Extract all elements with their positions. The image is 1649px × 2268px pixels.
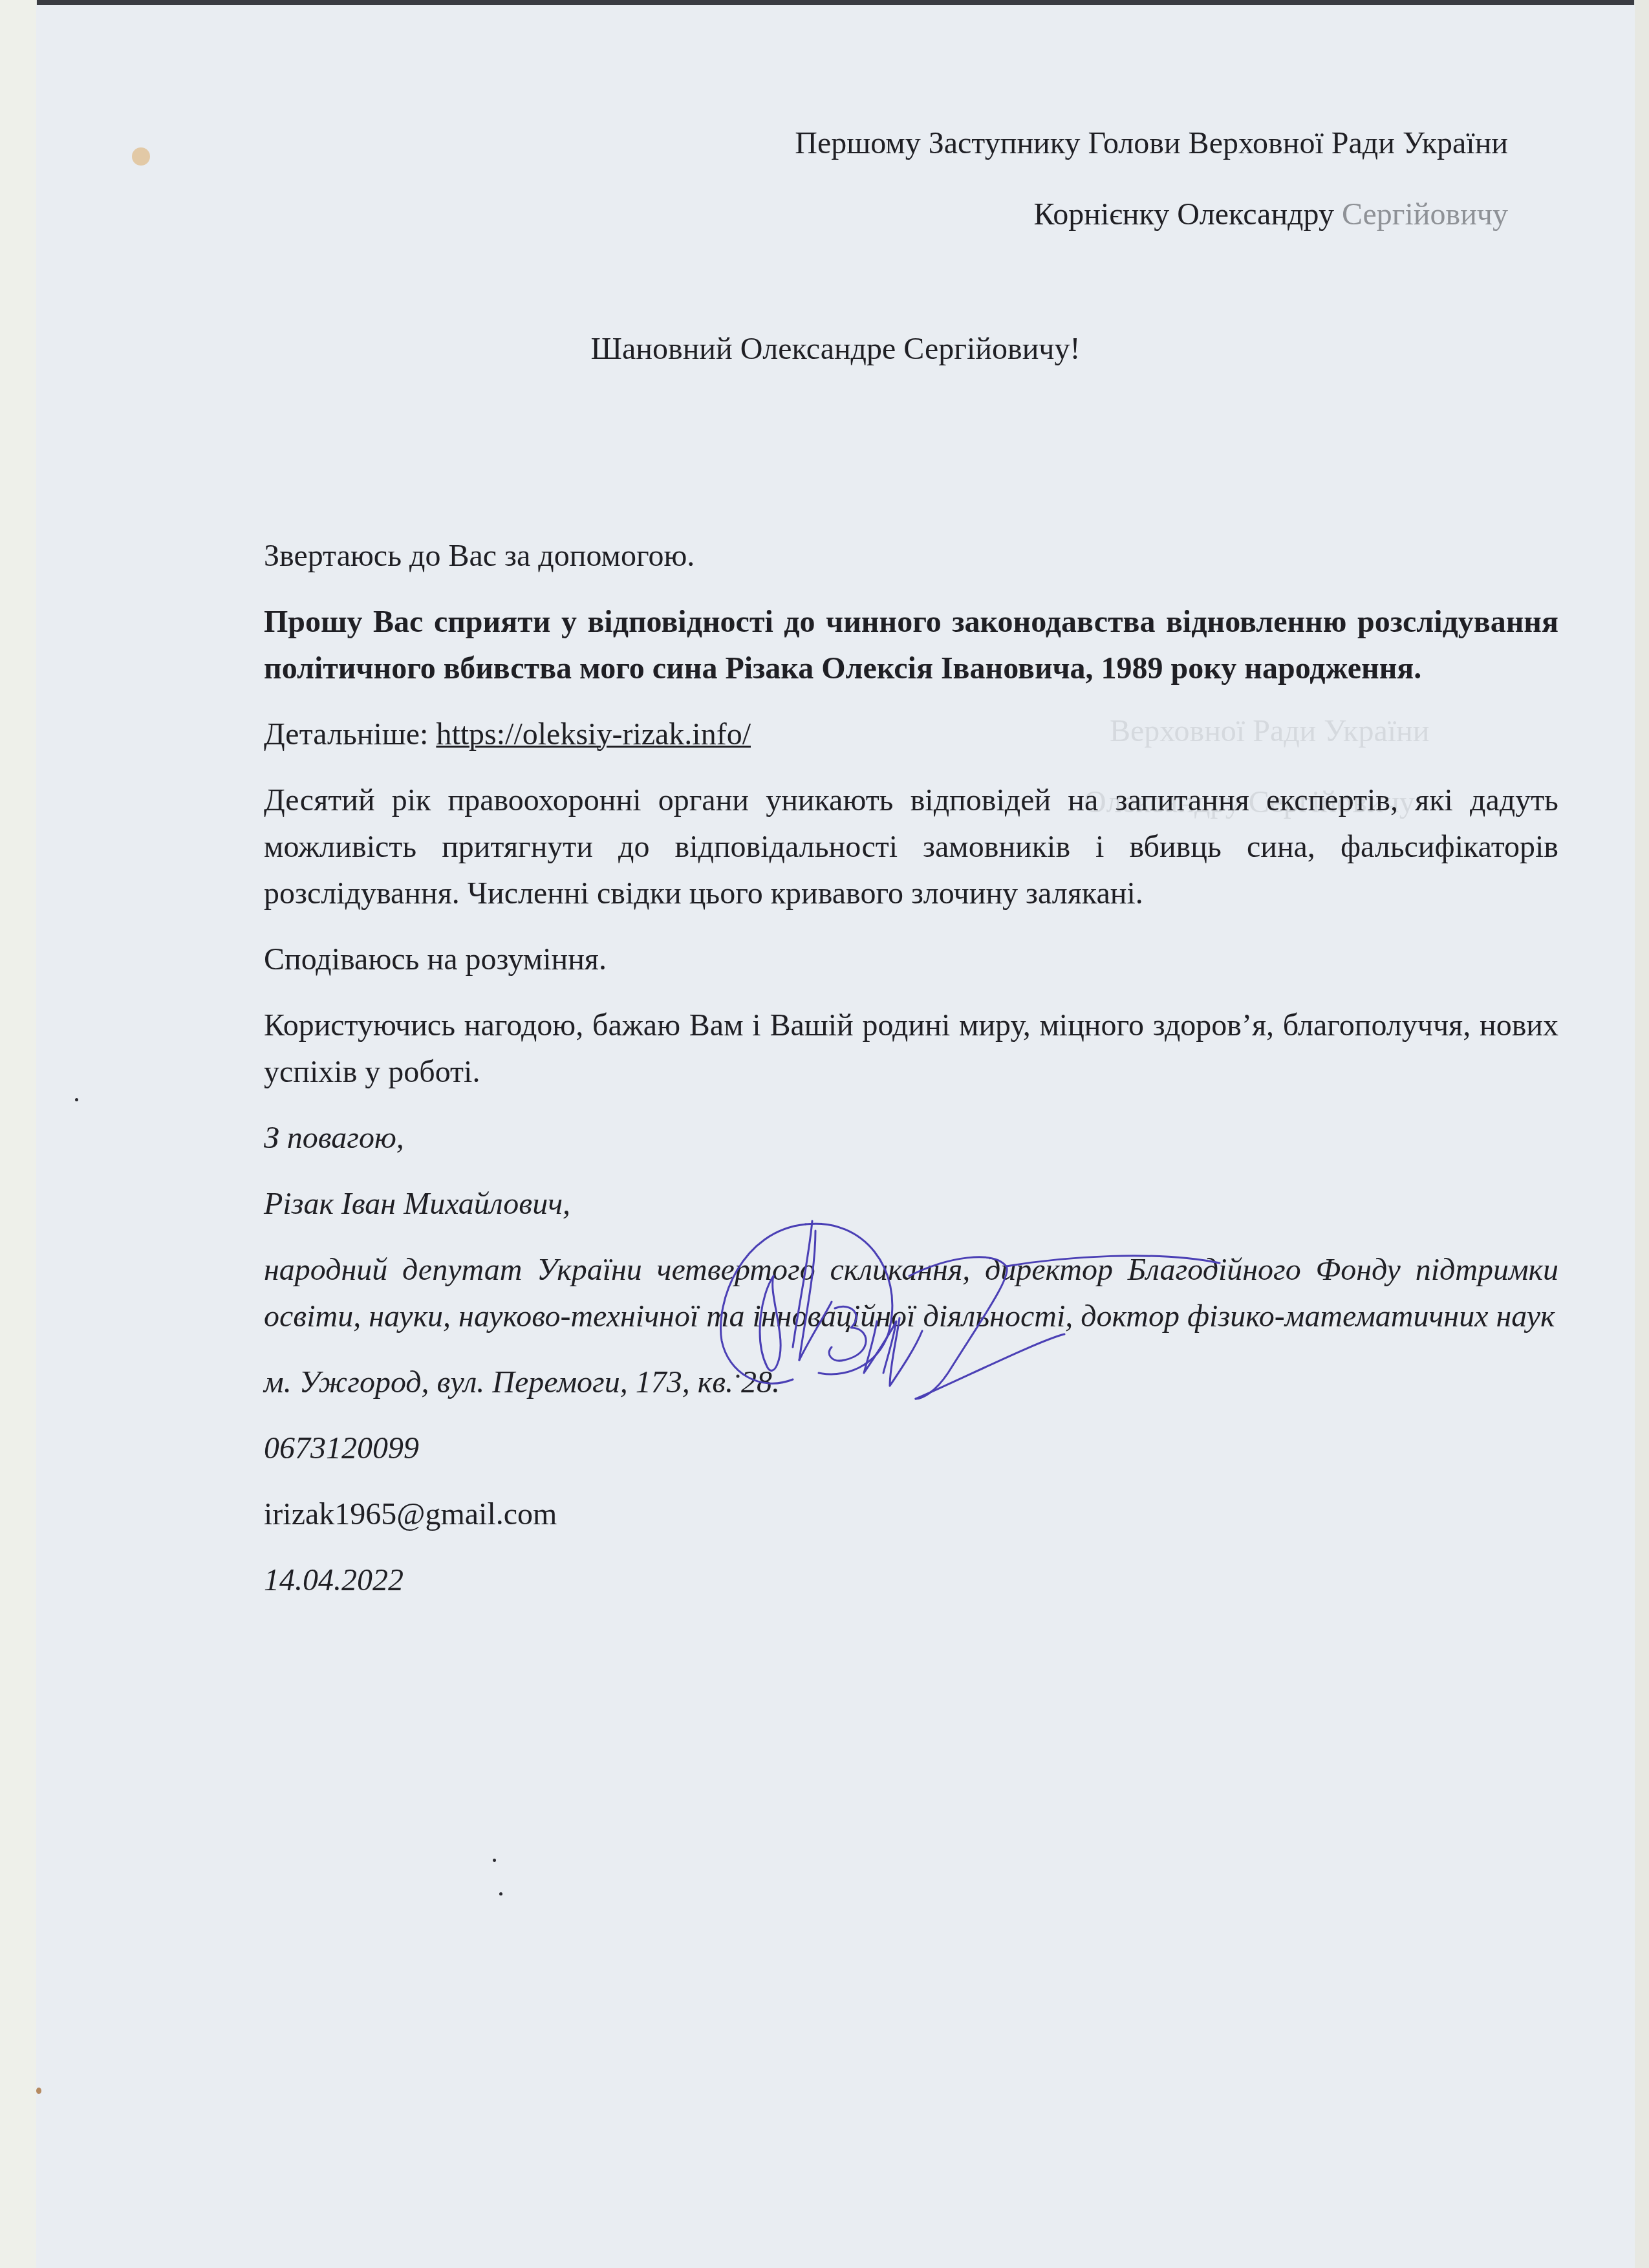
paper-speck bbox=[36, 2088, 41, 2094]
letter-body: Звертаюсь до Вас за допомогою. Прошу Вас… bbox=[264, 533, 1558, 1604]
addressee-name: Корнієнку Олександру Сергійовичу bbox=[1034, 199, 1508, 230]
paragraph-hope: Сподіваюсь на розуміння. bbox=[264, 936, 1558, 983]
paper-speck bbox=[499, 1892, 502, 1895]
addressee-name-main: Корнієнку Олександру bbox=[1034, 197, 1334, 232]
scanner-edge-right bbox=[1634, 0, 1649, 2268]
details-label: Детальніше: bbox=[264, 717, 436, 751]
paragraph-details: Детальніше: https://oleksiy-rizak.info/ bbox=[264, 711, 1558, 758]
addressee-name-faded: Сергійовичу bbox=[1334, 197, 1508, 232]
closing-regards: З повагою, bbox=[264, 1115, 1558, 1161]
handwritten-signature-icon bbox=[702, 1205, 1271, 1412]
paragraph-main: Десятий рік правоохоронні органи уникают… bbox=[264, 777, 1558, 917]
paragraph-request: Прошу Вас сприяти у відповідності до чин… bbox=[264, 599, 1558, 692]
addressee-position: Першому Заступнику Голови Верховної Ради… bbox=[795, 128, 1508, 159]
paper-speck bbox=[75, 1098, 78, 1101]
paragraph-wishes: Користуючись нагодою, бажаю Вам і Вашій … bbox=[264, 1002, 1558, 1096]
closing-phone: 0673120099 bbox=[264, 1425, 1558, 1472]
paper-stain bbox=[132, 147, 150, 166]
details-link[interactable]: https://oleksiy-rizak.info/ bbox=[436, 717, 751, 751]
greeting: Шановний Олександре Сергійовичу! bbox=[36, 334, 1635, 365]
closing-email: irizak1965@gmail.com bbox=[264, 1491, 1558, 1538]
paper-speck bbox=[493, 1859, 496, 1862]
closing-date: 14.04.2022 bbox=[264, 1557, 1558, 1604]
letter-page: Верховної Ради України Олександру Сергій… bbox=[36, 5, 1635, 2268]
scanner-edge-left bbox=[0, 0, 37, 2268]
scanner-edge-top bbox=[0, 0, 1649, 5]
paragraph-intro: Звертаюсь до Вас за допомогою. bbox=[264, 533, 1558, 579]
